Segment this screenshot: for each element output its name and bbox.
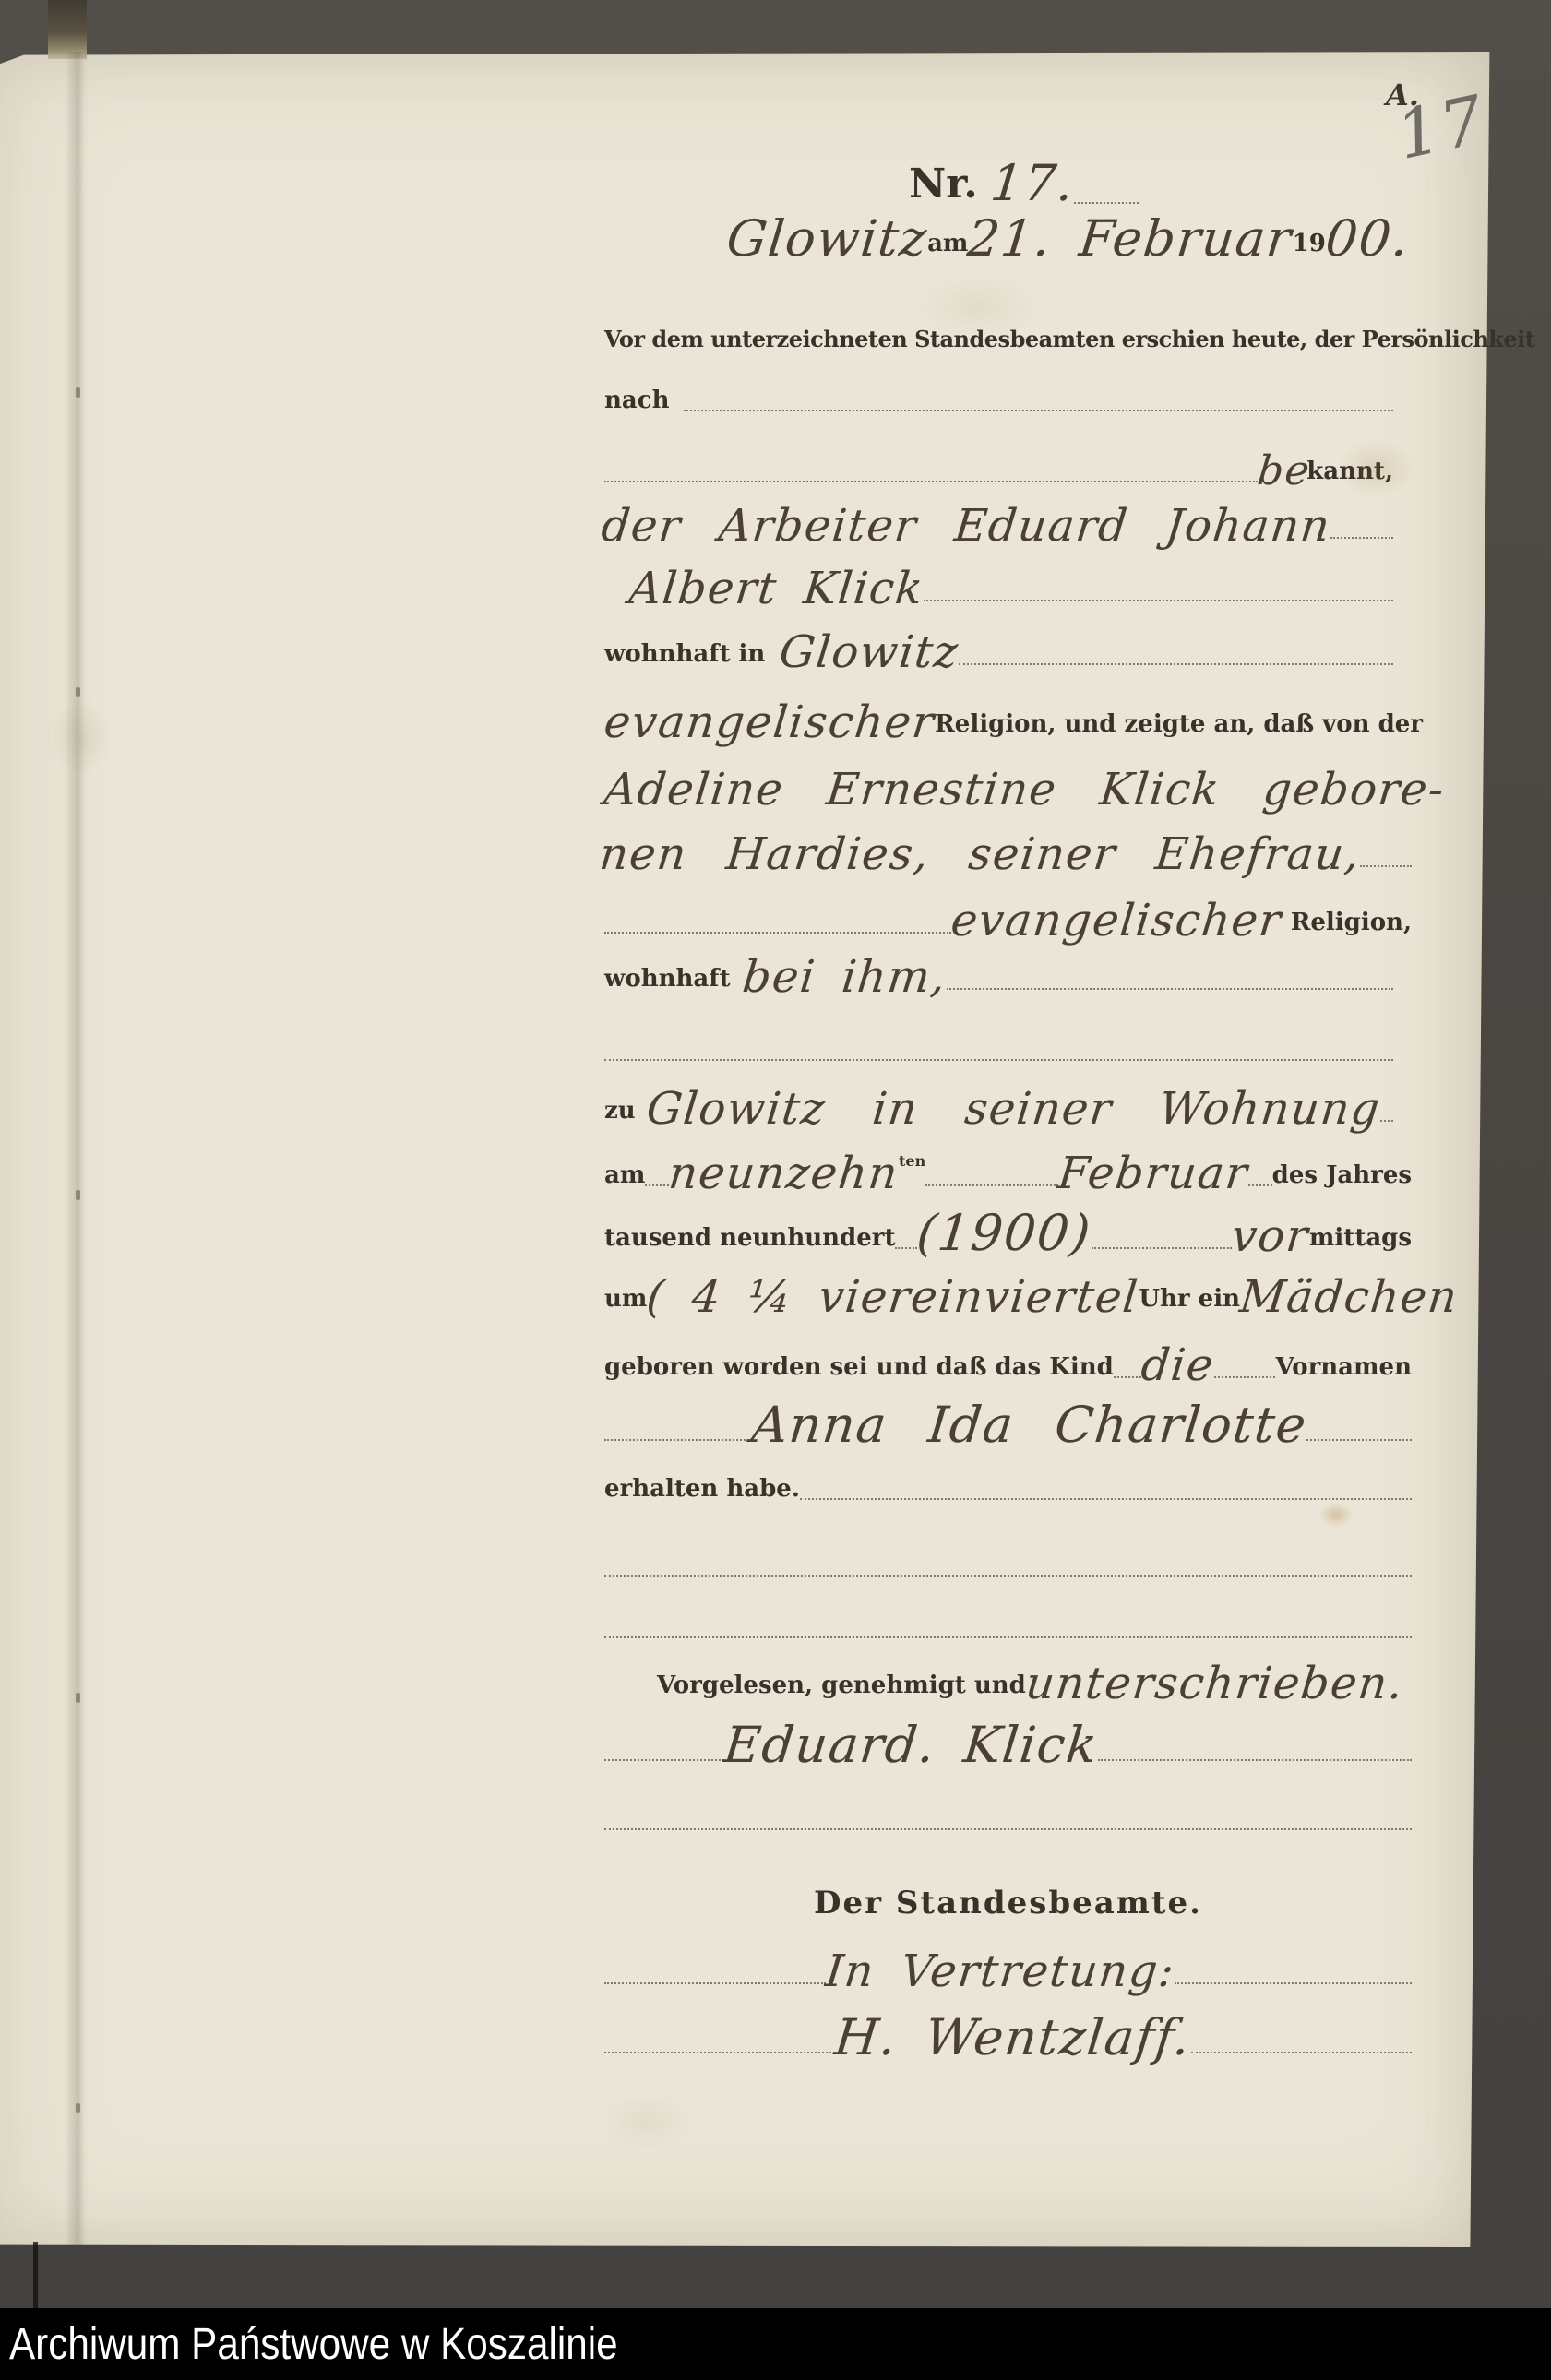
declarant-signature: Eduard. Klick: [722, 1720, 1101, 1770]
record-number-line: Nr. 17.: [909, 138, 1139, 205]
dotted-rule: [895, 1244, 917, 1249]
book-spine-edge: [33, 2242, 38, 2310]
dotted-rule: [604, 928, 951, 934]
birthplace-line: zu Glowitz in seiner Wohnung: [604, 1071, 1393, 1123]
birth-day-handwritten: neunzehn: [667, 1151, 901, 1196]
dotted-rule: [1098, 1755, 1412, 1761]
date-handwritten: 21. Februar: [966, 214, 1295, 264]
known-line: be kannt,: [604, 432, 1393, 483]
dotted-rule: [604, 2048, 835, 2053]
mother-residence-handwritten: bei ihm,: [741, 955, 949, 999]
child-name-line: Anna Ida Charlotte: [604, 1390, 1412, 1442]
year-printed-prefix: 19: [1293, 232, 1326, 256]
place-handwritten: Glowitz: [724, 214, 930, 264]
read-printed: Vorgelesen, genehmigt und: [657, 1673, 1026, 1697]
dotted-rule: [1330, 533, 1393, 539]
dotted-rule: [924, 596, 1393, 601]
nr-label: Nr.: [909, 164, 978, 205]
intro-line-2: nach: [604, 361, 1393, 412]
mother-religion-printed: Religion,: [1291, 910, 1412, 934]
declarant-line-2: Albert Klick: [602, 551, 1393, 602]
am-label: am: [927, 232, 968, 256]
mother-residence-line: wohnhaft bei ihm,: [604, 939, 1393, 991]
intro-line-1: Vor dem unterzeichneten Standesbeamten e…: [604, 299, 1412, 351]
mother-name-1: Adeline Ernestine Klick gebore-: [602, 768, 1447, 812]
mother-line-1: Adeline Ernestine Klick gebore-: [604, 752, 1412, 803]
stitch-mark: [76, 1693, 80, 1703]
dotted-rule: [1306, 1435, 1412, 1441]
dotted-rule: [1191, 2048, 1412, 2053]
dotted-rule: [684, 406, 1393, 411]
zu-label: zu: [604, 1099, 636, 1123]
mittags-printed: mittags: [1309, 1226, 1412, 1250]
registrar-signature-line: H. Wentzlaff.: [604, 2003, 1412, 2054]
binding-tab: [48, 0, 87, 59]
dotted-rule: [604, 1055, 1393, 1061]
stitch-mark: [76, 687, 80, 697]
dotted-rule: [604, 1825, 1412, 1830]
birthdate-line: am neunzehn ten Februar des Jahres: [604, 1136, 1412, 1187]
am-label-2: am: [604, 1163, 645, 1187]
day-suffix-printed: ten: [899, 1154, 925, 1169]
residence-label: wohnhaft in: [604, 642, 765, 666]
article-handwritten: die: [1139, 1343, 1216, 1387]
dotted-rule: [959, 660, 1393, 665]
empty-rule-line: [604, 1526, 1412, 1577]
empty-rule-line: [604, 1010, 1393, 1062]
sex-handwritten: Mädchen: [1237, 1275, 1460, 1319]
religion-handwritten: evangelischer: [602, 700, 937, 744]
dotted-rule: [604, 1979, 826, 1984]
dotted-rule: [1175, 1979, 1412, 1984]
dotted-rule: [645, 1181, 669, 1186]
mother-religion-line: evangelischer Religion,: [604, 883, 1412, 934]
registrar-signature: H. Wentzlaff.: [832, 2013, 1193, 2063]
stitch-mark: [76, 2103, 80, 2113]
nach-label: nach: [604, 388, 669, 412]
birthtime-line: um ( 4 ¼ viereinviertel Uhr ein Mädchen: [604, 1259, 1412, 1311]
uhr-ein-printed: Uhr ein: [1139, 1287, 1240, 1311]
dotted-rule: [604, 1435, 752, 1441]
empty-rule-line: [604, 1588, 1412, 1639]
dotted-rule: [1092, 1244, 1232, 1249]
dotted-rule: [604, 1571, 1412, 1577]
deputy-line: In Vertretung:: [604, 1934, 1412, 1985]
mother-residence-label: wohnhaft: [604, 967, 730, 991]
des-jahres-printed: des Jahres: [1272, 1163, 1412, 1187]
birth-month-handwritten: Februar: [1056, 1151, 1250, 1196]
religion-printed: Religion, und zeigte an, daß von der: [935, 712, 1423, 736]
time-handwritten: ( 4 ¼ viereinviertel: [645, 1275, 1141, 1319]
dotted-rule: [1214, 1373, 1276, 1378]
dotted-rule: [604, 1633, 1412, 1638]
signed-handwritten: unterschrieben.: [1023, 1661, 1405, 1706]
year-label-printed: tausend neunhundert: [604, 1226, 895, 1250]
declarant-line-1: der Arbeiter Eduard Johann: [602, 488, 1393, 540]
dotted-rule: [604, 1755, 724, 1761]
birthyear-line: tausend neunhundert (1900) vor mittags: [604, 1198, 1412, 1250]
archive-scan: Nr. 17. A. 17 Glowitz am 21. Februar 19 …: [0, 0, 1551, 2380]
um-label: um: [604, 1287, 647, 1311]
declarant-signature-line: Eduard. Klick: [604, 1710, 1412, 1762]
meridiem-handwritten: vor: [1230, 1214, 1312, 1258]
dotted-rule: [604, 477, 1258, 482]
archive-name: Archiwum Państwowe w Koszalinie: [9, 2319, 618, 2370]
received-printed: erhalten habe.: [604, 1477, 800, 1501]
mother-name-2: nen Hardies, seiner Ehefrau,: [597, 832, 1362, 876]
dotted-rule: [947, 984, 1393, 990]
declarant-residence-line: wohnhaft in Glowitz: [604, 614, 1393, 666]
registrar-title-line: Der Standesbeamte.: [604, 1867, 1412, 1919]
vornamen-printed: Vornamen: [1275, 1355, 1412, 1379]
mother-line-2: nen Hardies, seiner Ehefrau,: [600, 816, 1412, 868]
archive-bar: Archiwum Państwowe w Koszalinie: [0, 2308, 1551, 2380]
year-value-handwritten: (1900): [915, 1208, 1094, 1258]
dotted-rule: [1248, 1181, 1272, 1186]
intro-text: Vor dem unterzeichneten Standesbeamten e…: [604, 328, 1534, 351]
birthplace-handwritten: Glowitz in seiner Wohnung: [644, 1087, 1382, 1131]
child-printed: geboren worden sei und daß das Kind: [604, 1355, 1114, 1379]
year-handwritten: 00.: [1323, 214, 1412, 264]
dotted-rule: [1380, 1116, 1393, 1122]
declarant-name-2: Albert Klick: [626, 566, 925, 611]
known-printed: kannt,: [1306, 459, 1393, 483]
dotted-rule: [1114, 1373, 1141, 1378]
mother-religion-handwritten: evangelischer: [948, 898, 1283, 943]
dotted-rule: [800, 1494, 1412, 1500]
declarant-name-1: der Arbeiter Eduard Johann: [599, 504, 1332, 548]
dotted-rule: [1360, 862, 1412, 867]
place-date-line: Glowitz am 21. Februar 19 00.: [727, 204, 1395, 256]
stitch-mark: [76, 387, 80, 398]
child-name-handwritten: Anna Ida Charlotte: [749, 1400, 1309, 1450]
dotted-rule: [925, 1181, 1058, 1186]
nr-value-handwritten: 17.: [988, 159, 1077, 208]
binding-fold-shadow: [65, 52, 89, 2245]
empty-rule-line: [604, 1779, 1412, 1831]
registrar-title: Der Standesbeamte.: [814, 1887, 1202, 1919]
received-line: erhalten habe.: [604, 1449, 1412, 1501]
known-handwritten: be: [1256, 451, 1313, 492]
deputy-handwritten: In Vertretung:: [823, 1949, 1176, 1993]
stitch-mark: [76, 1190, 80, 1200]
child-line: geboren worden sei und daß das Kind die …: [604, 1327, 1412, 1379]
residence-handwritten: Glowitz: [778, 630, 961, 674]
declarant-religion-line: evangelischer Religion, und zeigte an, d…: [604, 684, 1412, 736]
read-approved-line: Vorgelesen, genehmigt und unterschrieben…: [657, 1646, 1395, 1697]
